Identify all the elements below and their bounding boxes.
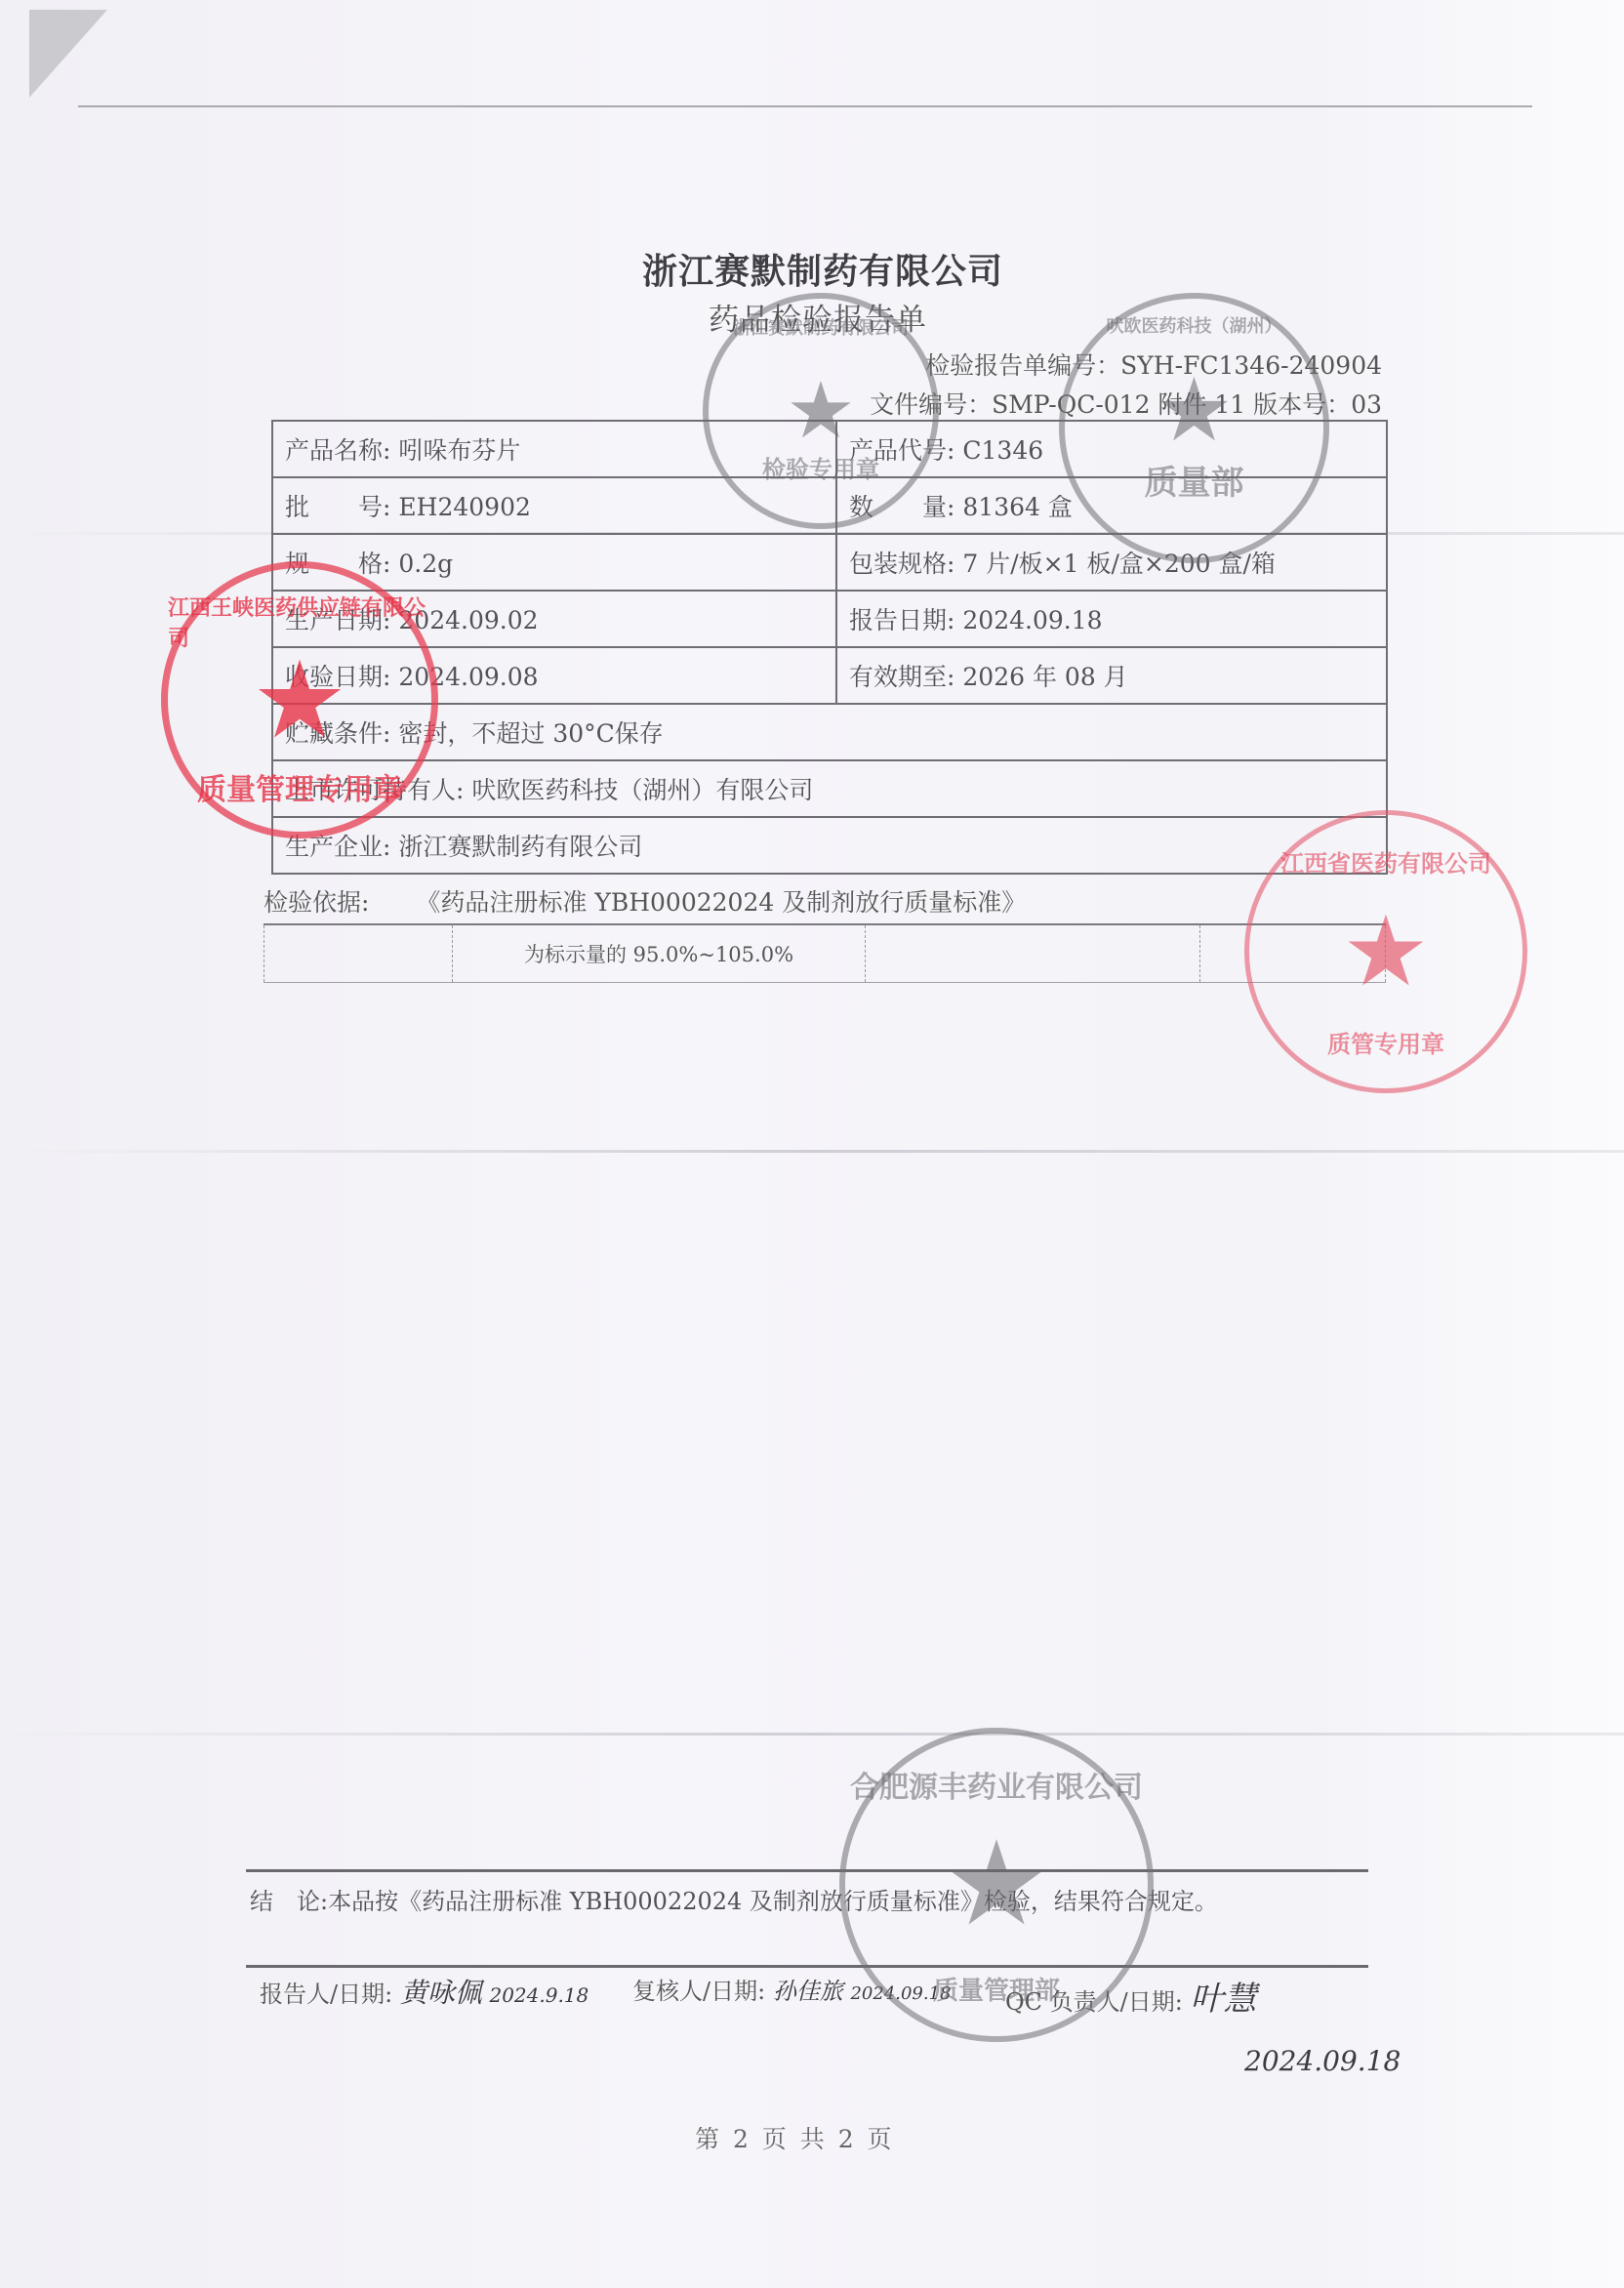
stamp-bottom-text: 检验专用章 xyxy=(762,450,879,484)
stamp-text: 合肥源丰药业有限公司 xyxy=(850,1763,1143,1806)
paper-crease xyxy=(0,1733,1624,1736)
inspection-basis-label: 检验依据: xyxy=(264,888,369,917)
expiry-cell: 有效期至: 2026 年 08 月 xyxy=(836,647,1387,704)
star-icon: ★ xyxy=(1342,903,1430,1001)
conclusion-top-rule xyxy=(246,1869,1368,1872)
table-row: 贮藏条件: 密封，不超过 30°C保存 xyxy=(272,704,1387,760)
conclusion-label: 结 论: xyxy=(250,1888,328,1915)
inspection-basis: 检验依据: 《药品注册标准 YBH00022024 及制剂放行质量标准》 xyxy=(264,883,1026,919)
stamp-text: 江西王峡医药供应链有限公司 xyxy=(168,592,431,652)
company-red-stamp: ★ 江西省医药有限公司 质管专用章 xyxy=(1244,810,1527,1093)
scanned-page: 浙江赛默制药有限公司 药品检验报告单 检验报告单编号：SYH-FC1346-24… xyxy=(0,0,1624,2288)
quality-dept-stamp: ★ 吠欧医药科技（湖州） 质量部 xyxy=(1059,293,1329,563)
version-value: 03 xyxy=(1351,390,1382,419)
table-row: 生产企业: 浙江赛默制药有限公司 xyxy=(272,817,1387,874)
reviewer-sig: 孙佳旅 xyxy=(773,1978,843,2005)
packaging-cell: 包装规格: 7 片/板×1 板/盒×200 盒/箱 xyxy=(836,534,1387,591)
company-title: 浙江赛默制药有限公司 xyxy=(642,244,1003,294)
stamp-text: 浙江赛默制药有限公司 xyxy=(733,314,909,340)
star-icon: ★ xyxy=(252,646,348,754)
conclusion: 结 论:本品按《药品注册标准 YBH00022024 及制剂放行质量标准》检验，… xyxy=(250,1882,1372,1921)
table-row: 上市许可持有人: 吠欧医药科技（湖州）有限公司 xyxy=(272,760,1387,817)
inspection-basis-value: 《药品注册标准 YBH00022024 及制剂放行质量标准》 xyxy=(416,888,1026,917)
qc-date: 2024.09.18 xyxy=(1244,2045,1401,2077)
reporter-date: 2024.9.18 xyxy=(489,1983,589,2007)
criterion-cell xyxy=(264,924,453,983)
star-icon: ★ xyxy=(944,1826,1049,1943)
star-icon: ★ xyxy=(786,372,856,450)
table-row: 为标示量的 95.0%~105.0% xyxy=(264,924,1386,983)
criterion-table: 为标示量的 95.0%~105.0% xyxy=(264,923,1386,983)
jiangxi-quality-stamp: ★ 江西王峡医药供应链有限公司 质量管理专用章 xyxy=(161,561,438,838)
criterion-cell xyxy=(866,924,1200,983)
page-corner-fold xyxy=(29,10,107,98)
manufacturer-cell: 生产企业: 浙江赛默制药有限公司 xyxy=(272,817,1387,874)
criterion-cell: 为标示量的 95.0%~105.0% xyxy=(453,924,866,983)
page-number: 第 2 页 共 2 页 xyxy=(695,2120,895,2155)
storage-cell: 贮藏条件: 密封，不超过 30°C保存 xyxy=(272,704,1387,760)
paper-crease xyxy=(0,1150,1624,1153)
stamp-bottom-text: 质管专用章 xyxy=(1327,1025,1444,1059)
reporter-sig: 黄咏佩 xyxy=(400,1977,482,2009)
table-row: 生产日期: 2024.09.02 报告日期: 2024.09.18 xyxy=(272,591,1387,647)
reporter-signature: 报告人/日期: 黄咏佩 2024.9.18 xyxy=(260,1972,589,2011)
table-row: 收验日期: 2024.09.08 有效期至: 2026 年 08 月 xyxy=(272,647,1387,704)
stamp-text: 江西省医药有限公司 xyxy=(1280,844,1491,878)
stamp-text: 吠欧医药科技（湖州） xyxy=(1107,312,1282,338)
qc-sig: 叶慧 xyxy=(1190,1980,1256,2019)
stamp-bottom-text: 质量管理部 xyxy=(933,1971,1060,2007)
reporter-label: 报告人/日期: xyxy=(260,1981,392,2008)
stamp-bottom-text: 质量部 xyxy=(1145,456,1244,504)
report-date-cell: 报告日期: 2024.09.18 xyxy=(836,591,1387,647)
stamp-bottom-text: 质量管理专用章 xyxy=(197,765,402,808)
star-icon: ★ xyxy=(1155,367,1234,455)
reviewer-label: 复核人/日期: xyxy=(632,1978,765,2005)
hefei-quality-stamp: ★ 合肥源丰药业有限公司 质量管理部 xyxy=(839,1728,1154,2042)
mah-cell: 上市许可持有人: 吠欧医药科技（湖州）有限公司 xyxy=(272,760,1387,817)
top-rule xyxy=(78,105,1532,107)
inspection-stamp: ★ 浙江赛默制药有限公司 检验专用章 xyxy=(703,293,939,529)
conclusion-bottom-rule xyxy=(246,1965,1368,1968)
